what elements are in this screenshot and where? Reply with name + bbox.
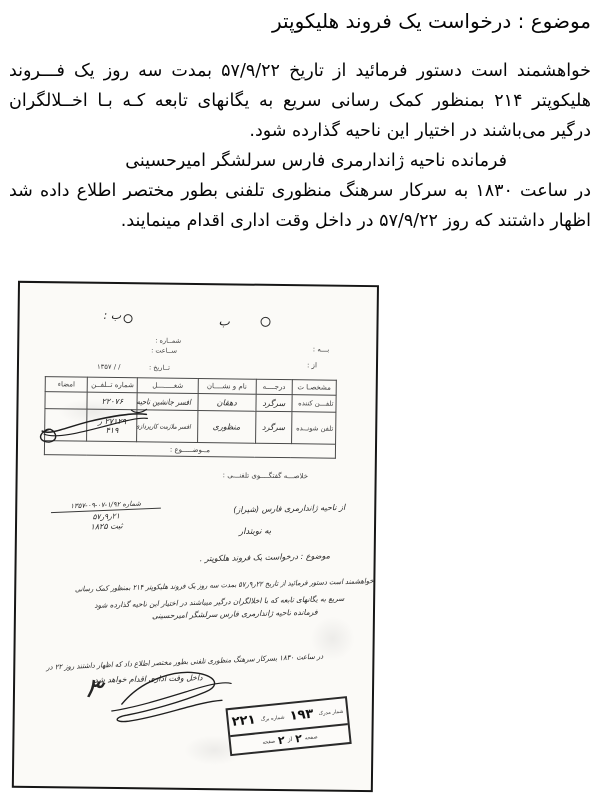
letter-line: درگیر می‌باشند در اختیار این ناحیه گذارد… bbox=[9, 116, 591, 146]
col-name: نام و نشــــان bbox=[198, 378, 256, 394]
col-rank: درجــــه bbox=[256, 379, 292, 394]
letter-line: اظهار داشتند که روز ۵۷/۹/۲۲ در داخل وقت … bbox=[9, 206, 591, 236]
col-job: شغــــــــل bbox=[138, 378, 198, 394]
hand-signature-line: فرمانده ناحیه ژاندارمری فارس سرلشگر امیر… bbox=[152, 608, 318, 621]
caller-rank: سرگرد bbox=[256, 394, 292, 411]
caller-label: تلفـــن کننده bbox=[292, 395, 336, 413]
punch-hole-icon bbox=[260, 317, 270, 327]
pen-mark-3: ۳ bbox=[81, 670, 104, 706]
form-from-label: از : bbox=[307, 361, 317, 369]
receiver-label: تلفن شونــده bbox=[291, 412, 336, 445]
letter-body: خواهشمند است دستور فرمائید از تاریخ ۵۷/۹… bbox=[0, 56, 600, 236]
signature-scribble bbox=[106, 659, 237, 736]
form-time-label: ســاعت : bbox=[151, 346, 177, 354]
punch-hole-icon bbox=[124, 314, 133, 323]
col-id: مشخصـا ت bbox=[292, 380, 336, 396]
ink-mark: ب bbox=[218, 314, 229, 328]
hand-to-line: به نوبتدار bbox=[239, 526, 271, 537]
stamp-sheet-number: ۲۲۱ bbox=[231, 713, 256, 728]
stamp-doc-label: شمار مدرک bbox=[318, 708, 343, 716]
form-date-value: ۱۳۵۷ / / bbox=[97, 363, 121, 371]
stamp-sheet-label: شماره برگ bbox=[261, 714, 285, 722]
hand-from-line: از ناحیه ژاندارمری فارس (شیراز) bbox=[233, 503, 345, 515]
form-number-label: شمــاره : bbox=[155, 336, 181, 344]
hand-subject-line: موضوع : درخواست یک فروند هلکوپتر . bbox=[200, 551, 330, 563]
col-phone: شماره تــلفــن bbox=[87, 377, 137, 393]
stamp-page-label: صفحه bbox=[305, 734, 318, 741]
form-to-label: بـــه : bbox=[305, 345, 329, 353]
stamp-of-label: از bbox=[287, 736, 292, 743]
letter-page: موضوع : درخواست یک فروند هلیکوپتر خواهشم… bbox=[0, 0, 600, 804]
stamp-page-number: ۲ bbox=[295, 733, 303, 745]
stamp-page-label2: صفحه bbox=[262, 738, 275, 745]
stamp-doc-number: ۱۹۳ bbox=[289, 708, 314, 723]
letter-line: فرمانده ناحیه ژاندارمری فارس سرلشگر امیر… bbox=[9, 146, 591, 176]
letter-line: در ساعت ۱۸۳۰ به سرکار سرهنگ منظوری تلفنی… bbox=[9, 176, 591, 206]
hand-body-line: خواهشمند است دستور فرمائید از تاریخ ۲۲ر۹… bbox=[75, 576, 374, 593]
ink-mark: ب : bbox=[104, 309, 122, 322]
archive-stamp: شمار مدرک ۱۹۳ شماره برگ ۲۲۱ صفحه ۲ از ۲ … bbox=[225, 696, 351, 756]
summary-label: خلاصـــه گفتگــــوی تلفنـــی : bbox=[223, 471, 309, 480]
receiver-signature-scribble bbox=[36, 401, 152, 447]
form-date-label: تــاریخ : bbox=[149, 363, 170, 371]
col-signature: امضاء bbox=[45, 377, 87, 393]
scanned-telegram-form: ب : ب بـــه : از : شمــاره : ســاعت : تـ… bbox=[12, 281, 379, 792]
receiver-rank: سرگرد bbox=[255, 411, 291, 443]
stamp-page-total: ۲ bbox=[277, 735, 285, 747]
letter-line: هلیکوپتر ۲۱۴ بمنظور کمک رسانی سریع به یگ… bbox=[9, 86, 591, 116]
letter-line: خواهشمند است دستور فرمائید از تاریخ ۵۷/۹… bbox=[9, 56, 591, 86]
caller-name: دهقان bbox=[198, 393, 256, 411]
subject-title: موضوع : درخواست یک فروند هلیکوپتر bbox=[272, 9, 591, 33]
registration-number-block: شماره ۱۳۵۷-۰۹-۰۷-۱/۹۲ ۲۱ر۹ر۵۷ ثبت ۱۸۲۵ bbox=[51, 499, 162, 533]
receiver-name: منظوری bbox=[197, 410, 256, 443]
